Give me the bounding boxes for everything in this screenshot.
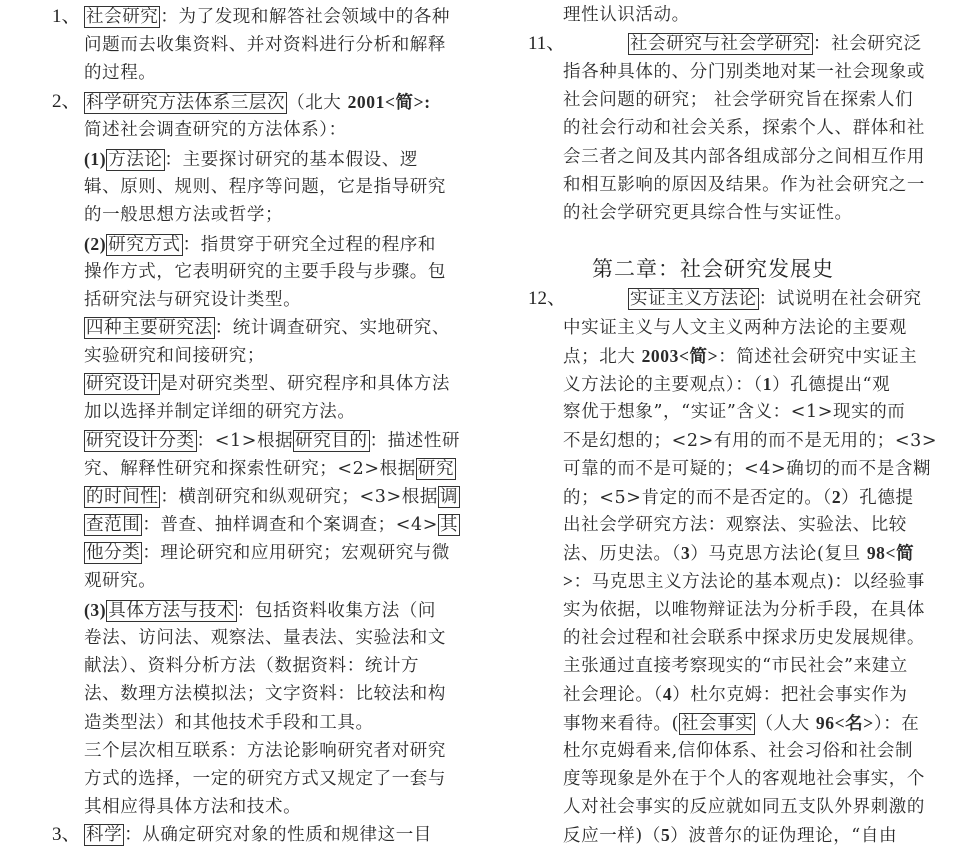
item-number: 1、 (52, 5, 81, 29)
paragraph-line: 括研究法与研究设计类型。 (84, 288, 301, 312)
key-term: 社会事实 (679, 713, 755, 735)
paragraph-line: 献法）、资料分析方法（数据资料：统计方 (84, 654, 419, 678)
paragraph-line: 事物来看待。(社会事实（人大 96<名>）：在 (563, 711, 919, 736)
paragraph-line: 的；<5>肯定的而不是否定的。（2）孔德提 (563, 485, 914, 510)
key-term: 社会研究与社会学研究 (628, 33, 813, 55)
paragraph-line: 科学：从确定研究对象的性质和规律这一目 (84, 823, 432, 847)
key-term: 研究设计分类 (84, 430, 197, 452)
key-term: 科学研究方法体系三层次 (84, 92, 287, 114)
paragraph-line: 的社会学研究更具综合性与实证性。 (563, 201, 853, 225)
key-term: 的时间性 (84, 486, 160, 508)
paragraph-line: 指各种具体的、分门别类地对某一社会现象或 (563, 60, 925, 84)
item-number: 2、 (52, 90, 81, 114)
paragraph-line: 度等现象是外在于个人的客观地社会事实，个 (563, 767, 925, 791)
paragraph-line: 可靠的而不是可疑的；<4>确切的而不是含糊 (563, 457, 931, 481)
paragraph-line: 反应一样)（5）波普尔的证伪理论，“自由 (563, 823, 897, 848)
paragraph-line: 社会理论。（4）杜尔克姆：把社会事实作为 (563, 682, 908, 707)
paragraph-line: 其相应得具体方法和技术。 (84, 795, 301, 819)
paragraph-line: 义方法论的主要观点）：（1）孔德提出“观 (563, 372, 890, 397)
paragraph-line: 的社会过程和社会联系中探求历史发展规律。 (563, 626, 925, 650)
paragraph-line: 的时间性：横剖研究和纵观研究；<3>根据调 (84, 485, 460, 509)
paragraph-line: (3)具体方法与技术：包括资料收集方法（问 (84, 598, 436, 623)
paragraph-line: 方式的选择，一定的研究方式又规定了一套与 (84, 767, 446, 791)
paragraph-line: 杜尔克姆看来,信仰体系、社会习俗和社会制 (563, 739, 913, 763)
paragraph-line: 辑、原则、规则、程序等问题，它是指导研究 (84, 175, 446, 199)
paragraph-line: 他分类：理论研究和应用研究；宏观研究与微 (84, 541, 450, 565)
paragraph-line: 的过程。 (84, 61, 156, 85)
paragraph-line: 中实证主义与人文主义两种方法论的主要观 (563, 316, 907, 340)
item-number: 12、 (528, 287, 566, 311)
paragraph-line: 社会问题的研究； 社会学研究旨在探索人们 (563, 88, 913, 112)
paragraph-line: 出社会学研究方法：观察法、实验法、比较 (563, 513, 907, 537)
paragraph-line: 点；北大 2003<简>：简述社会研究中实证主 (563, 344, 917, 369)
paragraph-line: (1)方法论：主要探讨研究的基本假设、逻 (84, 147, 418, 172)
paragraph-line: 查范围：普查、抽样调查和个案调查；<4>其 (84, 513, 460, 537)
paragraph-line: 察优于想象”，“实证”含义：<1>现实的而 (563, 400, 905, 424)
key-term: 实证主义方法论 (628, 288, 759, 310)
item-number: 3、 (52, 823, 81, 847)
paragraph-line: 实证主义方法论：试说明在社会研究 (628, 287, 922, 311)
key-term: 四种主要研究法 (84, 317, 215, 339)
paragraph-line: 造类型法）和其他技术手段和工具。 (84, 711, 374, 735)
paragraph-line: 法、数理方法模拟法；文字资料：比较法和构 (84, 682, 446, 706)
key-term: 研究 (416, 458, 456, 480)
paragraph-line: 人对社会事实的反应就如同五支队外界刺激的 (563, 795, 925, 819)
paragraph-line: 的社会行动和社会关系，探索个人、群体和社 (563, 116, 925, 140)
key-term: 他分类 (84, 542, 142, 564)
chapter-title: 第二章：社会研究发展史 (592, 256, 834, 282)
paragraph-line: 实验研究和间接研究； (84, 344, 265, 368)
paragraph-line: 法、历史法。（3）马克思方法论(复旦 98<简 (563, 541, 914, 566)
paragraph-line: (2)研究方式：指贯穿于研究全过程的程序和 (84, 232, 436, 257)
paragraph-line: 研究设计分类：<1>根据研究目的：描述性研 (84, 429, 460, 453)
paragraph-line: 操作方式，它表明研究的主要手段与步骤。包 (84, 260, 446, 284)
paragraph-line: 社会研究：为了发现和解答社会领域中的各种 (84, 5, 450, 29)
key-term: 调 (438, 486, 460, 508)
paragraph-line: 科学研究方法体系三层次（北大 2001<简>: (84, 90, 431, 115)
key-term: 其 (438, 514, 460, 536)
paragraph-line: 不是幻想的；<2>有用的而不是无用的；<3> (563, 429, 937, 453)
paragraph-line: 观研究。 (84, 569, 156, 593)
key-term: 研究设计 (84, 373, 160, 395)
paragraph-line: 卷法、访问法、观察法、量表法、实验法和文 (84, 626, 446, 650)
paragraph-line: 和相互影响的原因及结果。作为社会研究之一 (563, 173, 925, 197)
paragraph-line: >：马克思主义方法论的基本观点)：以经验事 (563, 569, 925, 594)
key-term: 研究目的 (293, 430, 369, 452)
paragraph-line: 的一般思想方法或哲学； (84, 203, 283, 227)
paragraph-line: 加以选择并制定详细的研究方法。 (84, 400, 356, 424)
paragraph-line: 社会研究与社会学研究：社会研究泛 (628, 32, 922, 56)
paragraph-line: 问题而去收集资料、并对资料进行分析和解释 (84, 33, 446, 57)
key-term: 查范围 (84, 514, 142, 536)
paragraph-line: 三个层次相互联系：方法论影响研究者对研究 (84, 739, 446, 763)
paragraph-line: 研究设计是对研究类型、研究程序和具体方法 (84, 372, 450, 396)
key-term: 社会研究 (84, 6, 160, 28)
paragraph-line: 会三者之间及其内部各组成部分之间相互作用 (563, 145, 925, 169)
paragraph-line: 简述社会调查研究的方法体系）： (84, 118, 347, 142)
paragraph-line: 四种主要研究法：统计调查研究、实地研究、 (84, 316, 450, 340)
key-term: 方法论 (106, 149, 164, 171)
key-term: 具体方法与技术 (106, 600, 237, 622)
key-term: 科学 (84, 824, 124, 846)
paragraph-line: 究、解释性研究和探索性研究；<2>根据研究 (84, 457, 456, 481)
key-term: 研究方式 (106, 234, 182, 256)
paragraph-line: 主张通过直接考察现实的“市民社会”来建立 (563, 654, 908, 678)
item-number: 11、 (528, 32, 565, 56)
paragraph-line: 实为依据，以唯物辩证法为分析手段，在具体 (563, 598, 925, 622)
paragraph-line: 理性认识活动。 (563, 3, 690, 27)
